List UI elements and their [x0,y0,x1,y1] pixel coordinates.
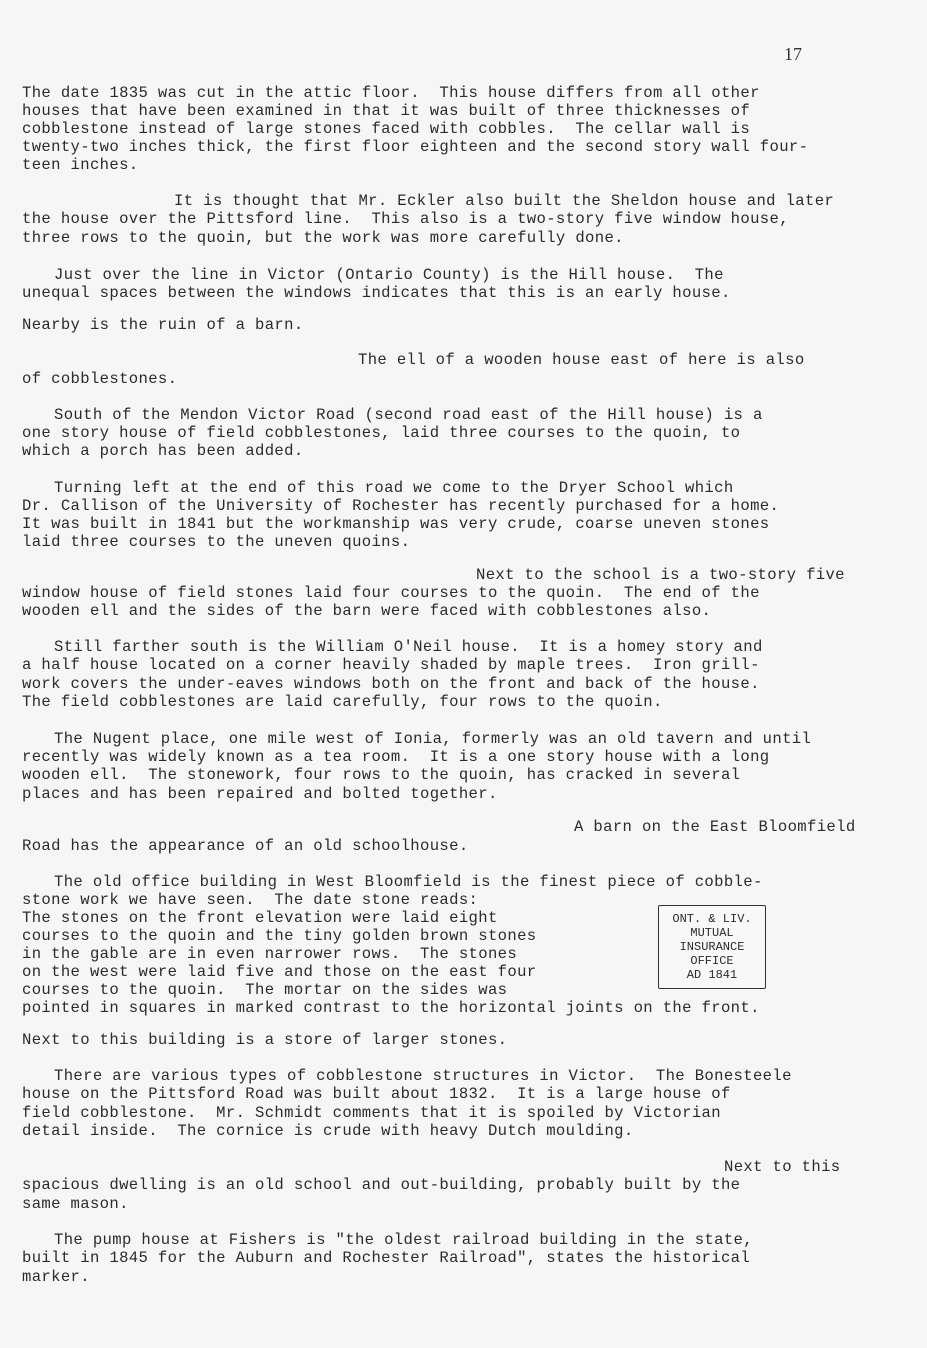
date-stone-line: MUTUAL [690,926,733,940]
text-line: wooden ell. The stonework, four rows to … [22,766,740,784]
text-line: teen inches. [22,156,139,174]
text-line: It is thought that Mr. Eckler also built… [174,192,834,210]
text-line: places and has been repaired and bolted … [22,785,498,803]
text-line: It was built in 1841 but the workmanship… [22,515,770,533]
text-line: laid three courses to the uneven quoins. [22,533,410,551]
text-line: Still farther south is the William O'Nei… [54,638,763,656]
text-line: detail inside. The cornice is crude with… [22,1122,634,1140]
document-page: 17 The date 1835 was cut in the attic fl… [0,0,927,1348]
text-line: unequal spaces between the windows indic… [22,284,731,302]
text-line: on the west were laid five and those on … [22,963,537,981]
text-line: a half house located on a corner heavily… [22,656,760,674]
date-stone-line: AD 1841 [687,968,737,982]
text-line: Dr. Callison of the University of Roches… [22,497,779,515]
text-line: courses to the quoin. The mortar on the … [22,981,507,999]
text-line: The date 1835 was cut in the attic floor… [22,84,760,102]
text-line: stone work we have seen. The date stone … [22,891,478,909]
text-line: recently was widely known as a tea room.… [22,748,770,766]
text-line: the house over the Pittsford line. This … [22,210,789,228]
text-line: Nearby is the ruin of a barn. [22,316,304,334]
text-line: Next to this [724,1158,841,1176]
date-stone-line: ONT. & LIV. [672,912,751,926]
text-line: in the gable are in even narrower rows. … [22,945,517,963]
text-line: courses to the quoin and the tiny golden… [22,927,537,945]
text-line: The pump house at Fishers is "the oldest… [54,1231,753,1249]
text-line: same mason. [22,1195,129,1213]
text-line: South of the Mendon Victor Road (second … [54,406,763,424]
text-line: There are various types of cobblestone s… [54,1067,792,1085]
text-line: field cobblestone. Mr. Schmidt comments … [22,1104,721,1122]
date-stone-inscription: ONT. & LIV. MUTUAL INSURANCE OFFICE AD 1… [658,905,766,989]
text-line: work covers the under-eaves windows both… [22,675,760,693]
text-line: twenty-two inches thick, the first floor… [22,138,808,156]
text-line: cobblestone instead of large stones face… [22,120,750,138]
text-line: Just over the line in Victor (Ontario Co… [54,266,724,284]
text-line: The field cobblestones are laid carefull… [22,693,663,711]
text-line: The Nugent place, one mile west of Ionia… [54,730,811,748]
text-line: marker. [22,1268,90,1286]
text-line: three rows to the quoin, but the work wa… [22,229,624,247]
text-line: Next to this building is a store of larg… [22,1031,507,1049]
date-stone-line: OFFICE [690,954,733,968]
text-line: which a porch has been added. [22,442,304,460]
text-line: Road has the appearance of an old school… [22,837,469,855]
text-line: one story house of field cobblestones, l… [22,424,740,442]
date-stone-line: INSURANCE [680,940,745,954]
text-line: pointed in squares in marked contrast to… [22,999,760,1017]
text-line: house on the Pittsford Road was built ab… [22,1085,731,1103]
text-line: wooden ell and the sides of the barn wer… [22,602,711,620]
text-line: Turning left at the end of this road we … [54,479,734,497]
text-line: built in 1845 for the Auburn and Rochest… [22,1249,750,1267]
text-line: The ell of a wooden house east of here i… [358,351,805,369]
text-line: The stones on the front elevation were l… [22,909,498,927]
text-line: of cobblestones. [22,370,177,388]
text-line: window house of field stones laid four c… [22,584,760,602]
text-line: spacious dwelling is an old school and o… [22,1176,740,1194]
text-line: The old office building in West Bloomfie… [54,873,763,891]
page-number: 17 [784,44,802,65]
text-line: A barn on the East Bloomfield [574,818,856,836]
text-line: Next to the school is a two-story five [476,566,845,584]
text-line: houses that have been examined in that i… [22,102,750,120]
